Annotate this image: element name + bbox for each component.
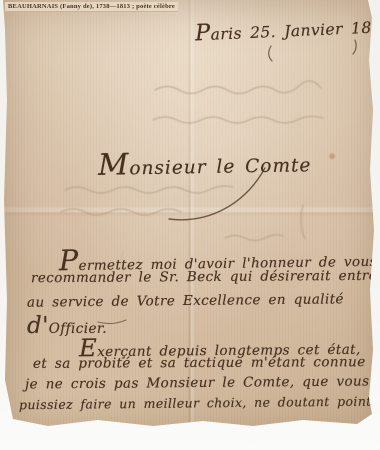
salutation: Monsieur le Comte [98,144,312,182]
photo-background: BEAUHARNAIS (Fanny de), 1738—1813 ; poèt… [0,0,380,450]
manuscript-line: recommander le Sr. Beck qui désirerait e… [31,270,380,286]
manuscript-line: puissiez faire un meilleur choix, ne dou… [19,395,380,412]
manuscript-line: au service de Votre Excellence en qualit… [27,293,344,310]
catalog-label: BEAUHARNAIS (Fanny de), 1738—1813 ; poèt… [5,2,178,12]
manuscript-line: et sa probité et sa tactique m'étant con… [33,356,366,371]
manuscript-paper: BEAUHARNAIS (Fanny de), 1738—1813 ; poèt… [3,0,377,434]
manuscript-line: je ne crois pas Monsieur le Comte, que v… [25,375,370,392]
dateline: Paris 25. Janvier 1812. [195,12,380,47]
